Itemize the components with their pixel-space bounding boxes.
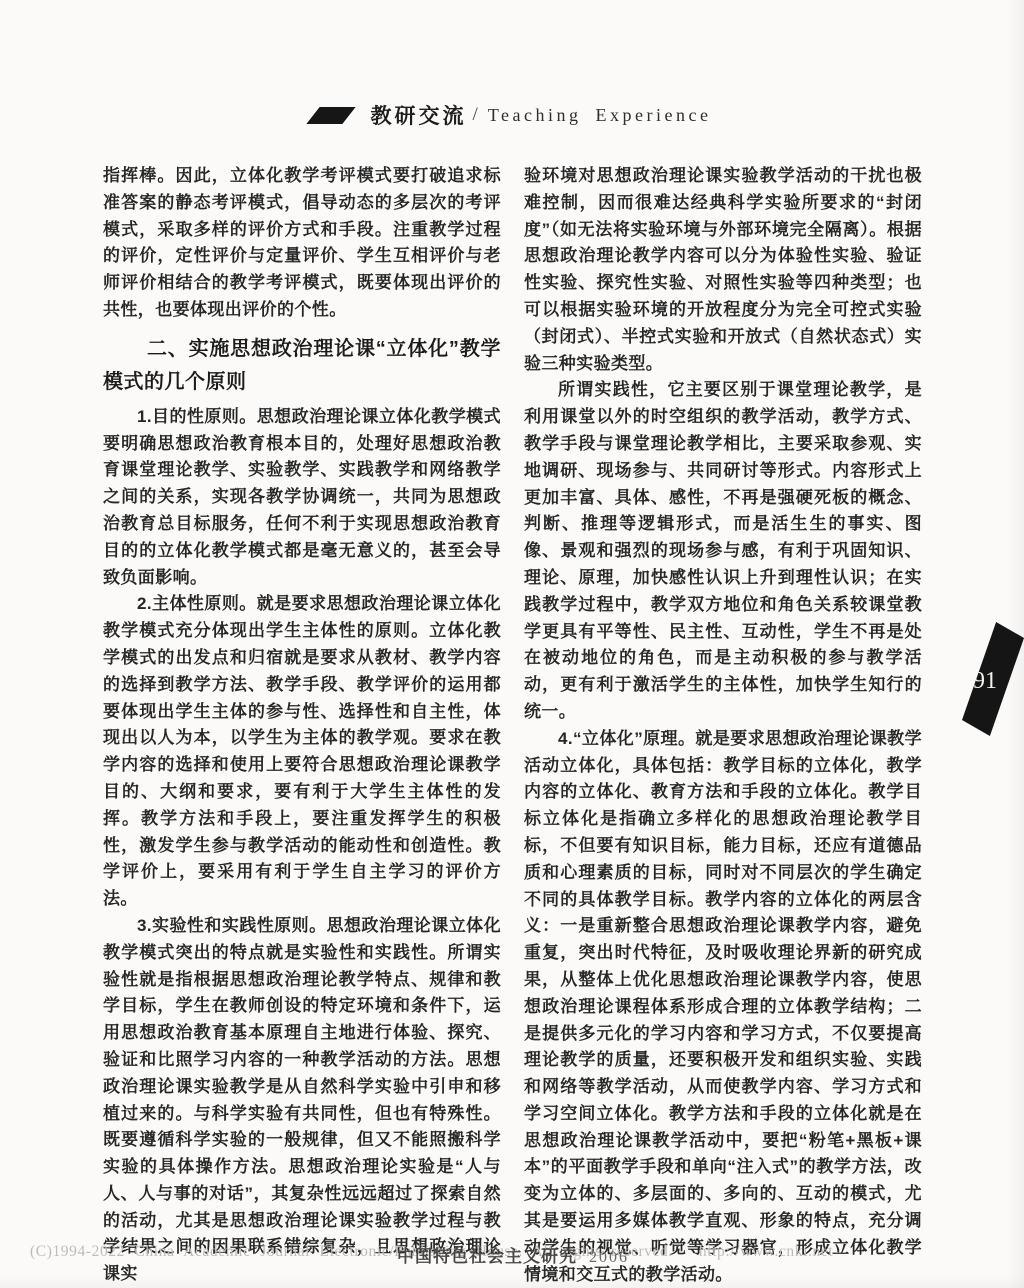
journal-name: 中国特色社会主义研究: [397, 1247, 577, 1266]
paragraph-principle-2: 2.主体性原则。就是要求思想政治理论课立体化教学模式充分体现出学生主体性的原则。…: [103, 591, 501, 913]
section-heading: 二、实施思想政治理论课“立体化”教学模式的几个原则: [103, 333, 501, 399]
section-title-english: Teaching Experience: [488, 105, 712, 126]
section-title-separator: /: [473, 104, 478, 126]
page-header: 教研交流 / Teaching Experience: [0, 98, 1024, 132]
paragraph-principle-3-continuation: 验环境对思想政治理论课实验教学活动的干扰也极难控制，因而很难达经典科学实验所要求…: [524, 163, 922, 377]
paragraph-continuation: 指挥棒。因此，立体化教学考评模式要打破追求标准答案的静态考评模式，倡导动态的多层…: [103, 163, 501, 324]
parallelogram-icon: [306, 107, 355, 124]
paragraph-principle-3: 3.实验性和实践性原则。思想政治理论课立体化教学模式突出的特点就是实验性和实践性…: [103, 913, 501, 1288]
page-number-badge: 91: [962, 622, 1024, 736]
left-column: 指挥棒。因此，立体化教学考评模式要打破追求标准答案的静态考评模式，倡导动态的多层…: [103, 163, 501, 1288]
page-number: 91: [973, 668, 997, 695]
section-title-chinese: 教研交流: [371, 100, 467, 130]
journal-issue: 2006: [589, 1249, 629, 1266]
journal-page-scan: 教研交流 / Teaching Experience 指挥棒。因此，立体化教学考…: [0, 0, 1024, 1288]
right-column: 验环境对思想政治理论课实验教学活动的干扰也极难控制，因而很难达经典科学实验所要求…: [524, 163, 922, 1288]
paragraph-principle-4: 4.“立体化”原理。就是要求思想政治理论课教学活动立体化，具体包括：教学目标的立…: [524, 726, 922, 1288]
page-footer: (C)1994-2022 China Academic Journal Elec…: [0, 1238, 1024, 1272]
paragraph-principle-1: 1.目的性原则。思想政治理论课立体化教学模式要明确思想政治教育根本目的，处理好思…: [103, 404, 501, 592]
cnki-url-text: http://www.cnki.net: [699, 1243, 833, 1260]
journal-name-overlay: 中国特色社会主义研究2006: [397, 1242, 629, 1267]
paragraph-practicality: 所谓实践性，它主要区别于课堂理论教学，是利用课堂以外的时空组织的教学活动，教学方…: [524, 377, 922, 725]
